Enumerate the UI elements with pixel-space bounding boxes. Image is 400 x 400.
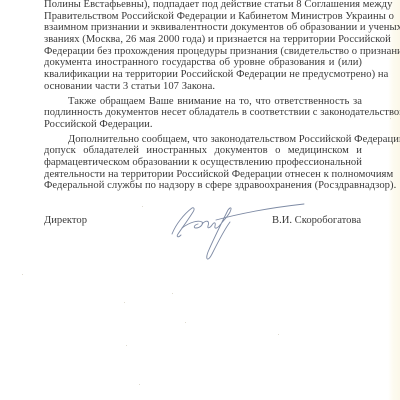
signer-position: Директор [44, 215, 87, 226]
text-line: деятельности на территории Российской Фе… [44, 169, 362, 181]
scanned-document-page: Полины Евстафьевны), подпадает под дейст… [0, 0, 400, 400]
scan-speck [142, 206, 143, 207]
paragraph-admission: Дополнительно сообщаем, что законодатель… [44, 134, 362, 192]
scan-speck [124, 302, 125, 303]
letter-body: Полины Евстафьевны), подпадает под дейст… [44, 0, 362, 192]
scan-speck [185, 322, 186, 323]
paragraph-recognition: Полины Евстафьевны), подпадает под дейст… [44, 0, 362, 93]
text-line: допуск обладателей иностранных документо… [44, 145, 362, 157]
text-line: взаимном признании и эквивалентности док… [44, 22, 362, 34]
handwritten-signature-icon [168, 198, 308, 264]
text-line: Дополнительно сообщаем, что законодатель… [44, 134, 362, 146]
scan-speck [126, 345, 127, 346]
scan-speck [278, 334, 279, 335]
text-line: фармацевтическом образовании к осуществл… [44, 157, 362, 169]
text-line: Полины Евстафьевны), подпадает под дейст… [44, 0, 362, 11]
text-line: Федерации без прохождения процедуры приз… [44, 46, 362, 58]
signer-name: В.И. Скоробогатова [272, 215, 361, 226]
text-line: квалификации на территории Российской Фе… [44, 69, 362, 81]
text-line: основании части 3 статьи 107 Закона. [44, 81, 362, 93]
text-line: подлинность документов несет обладатель … [44, 107, 362, 119]
scan-speck [139, 384, 140, 385]
paragraph-responsibility: Также обращаем Ваше внимание на то, что … [44, 96, 362, 131]
text-line: документа иностранного государства об ур… [44, 57, 362, 69]
scan-speck [172, 293, 173, 294]
text-line: Также обращаем Ваше внимание на то, что … [44, 96, 362, 108]
scan-speck [22, 274, 23, 275]
scan-speck [390, 118, 391, 119]
text-line: Российской Федерации. [44, 119, 362, 131]
text-line: Федеральной службы по надзору в сфере зд… [44, 180, 362, 192]
scan-edge-shadow [388, 0, 400, 400]
text-line: званиях (Москва, 26 мая 2000 года) и при… [44, 34, 362, 46]
text-line: Правительством Российской Федерации и Ка… [44, 11, 362, 23]
